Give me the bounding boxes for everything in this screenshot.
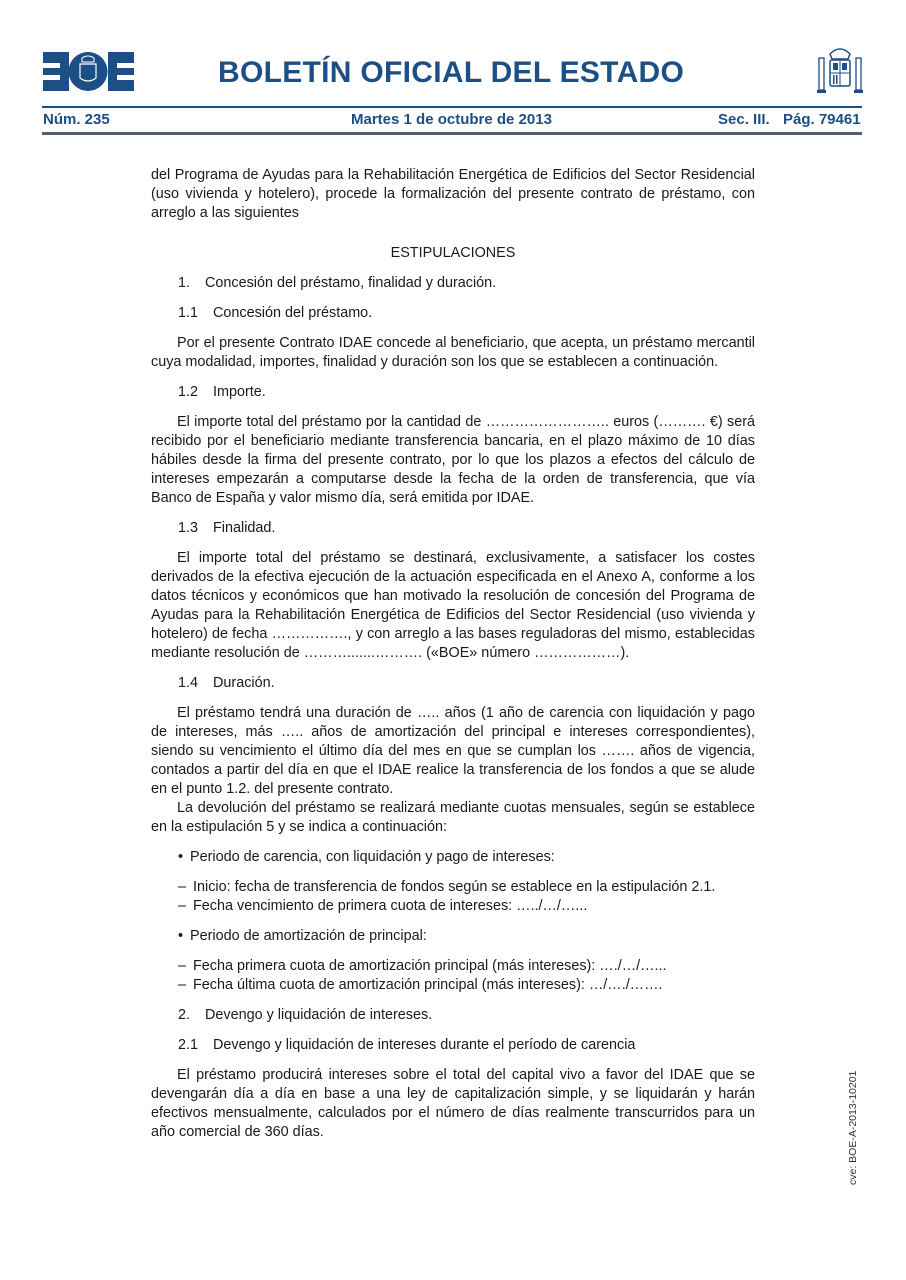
intro-paragraph: del Programa de Ayudas para la Rehabilit… [151, 166, 755, 223]
header-rule-top [42, 106, 862, 108]
issue-date: Martes 1 de octubre de 2013 [351, 111, 552, 128]
section-label: Sec. III. [718, 111, 770, 128]
section-1-1-heading: 1.1Concesión del préstamo. [178, 304, 755, 323]
header-rule-bottom [42, 132, 862, 135]
section-1-3-text: El importe total del préstamo se destina… [151, 549, 755, 663]
document-body: del Programa de Ayudas para la Rehabilit… [151, 166, 755, 1142]
section-1-3-heading: 1.3Finalidad. [178, 519, 755, 538]
section-1-4-text-1: El préstamo tendrá una duración de ….. a… [151, 704, 755, 799]
section-1-2-text: El importe total del préstamo por la can… [151, 413, 755, 508]
section-1-2-heading: 1.2Importe. [178, 383, 755, 402]
dash-item: –Inicio: fecha de transferencia de fondo… [178, 878, 755, 897]
dash-item: –Fecha última cuota de amortización prin… [178, 976, 755, 995]
section-1-1-text: Por el presente Contrato IDAE concede al… [151, 334, 755, 372]
bullet-item: •Periodo de carencia, con liquidación y … [178, 848, 755, 867]
stipulations-title: ESTIPULACIONES [151, 244, 755, 263]
page-header: BOLETÍN OFICIAL DEL ESTADO Núm. 235 Mart… [0, 0, 906, 140]
issue-number: Núm. 235 [43, 111, 110, 128]
boe-logo-icon [43, 52, 134, 91]
dash-item: –Fecha primera cuota de amortización pri… [178, 957, 755, 976]
section-1-4-heading: 1.4Duración. [178, 674, 755, 693]
cve-identifier: cve: BOE-A-2013-10201 [847, 1071, 859, 1185]
dash-item: –Fecha vencimiento de primera cuota de i… [178, 897, 755, 916]
section-2-1-text: El préstamo producirá intereses sobre el… [151, 1066, 755, 1142]
coat-of-arms-icon [816, 44, 864, 96]
section-2-heading: 2.Devengo y liquidación de intereses. [178, 1006, 755, 1025]
publication-title: BOLETÍN OFICIAL DEL ESTADO [218, 56, 684, 90]
section-2-1-heading: 2.1Devengo y liquidación de intereses du… [178, 1036, 755, 1055]
bullet-item: •Periodo de amortización de principal: [178, 927, 755, 946]
section-1-4-text-2: La devolución del préstamo se realizará … [151, 799, 755, 837]
section-1-heading: 1.Concesión del préstamo, finalidad y du… [178, 274, 755, 293]
page-number: Pág. 79461 [783, 111, 861, 128]
